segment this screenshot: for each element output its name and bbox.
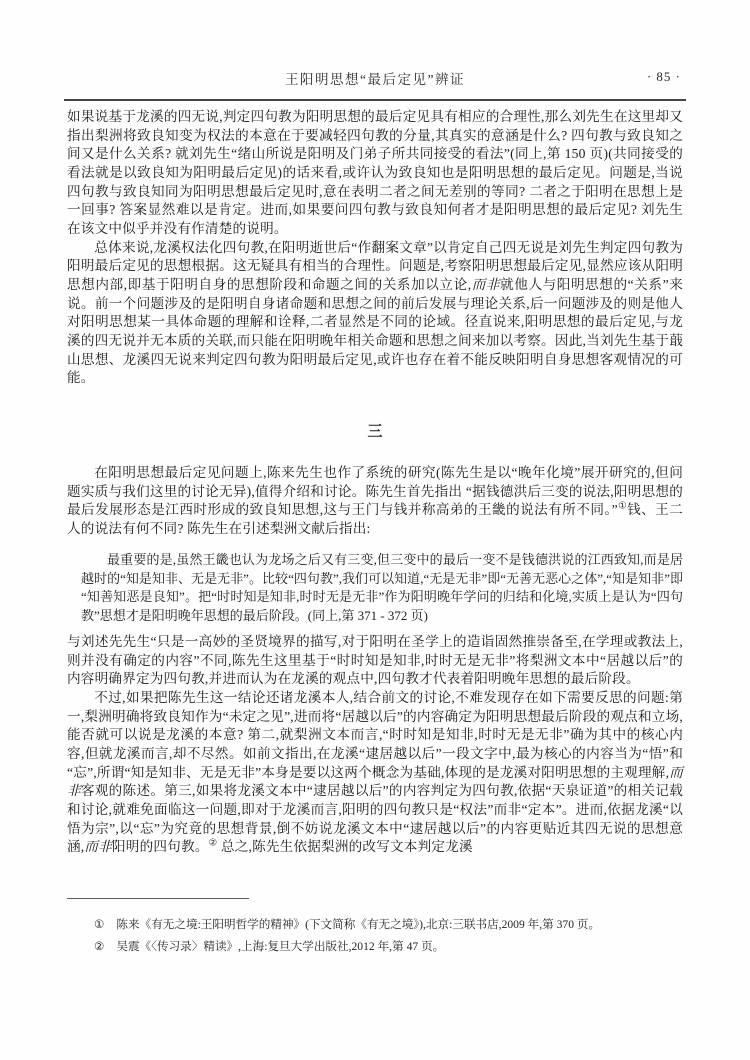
page-header: 王阳明思想“最后定见”辨证 · 85 · xyxy=(67,68,683,90)
paragraph-continuation: 如果说基于龙溪的四无说,判定四句教为阳明思想的最后定见具有相应的合理性,那么刘先… xyxy=(67,108,683,239)
footnote-text: 陈来《有无之境:王阳明哲学的精神》(下文简称《有无之境》),北京:三联书店,20… xyxy=(116,918,600,931)
paragraph-text: 与刘述先先生“只是一高妙的圣贤境界的描写,对于阳明在圣学上的造诣固然推崇备至,在… xyxy=(67,634,683,686)
paragraph-text: 在阳明思想最后定见问题上,陈来先生也作了系统的研究(陈先生是以“晚年化境”展开研… xyxy=(67,465,683,517)
footnote-item: ①陈来《有无之境:王阳明哲学的精神》(下文简称《有无之境》),北京:三联书店,2… xyxy=(67,914,683,936)
footnote-item: ②吴震《〈传习录〉精读》,上海:复旦大学出版社,2012 年,第 47 页。 xyxy=(67,936,683,958)
header-rule xyxy=(64,99,686,101)
emphasis-text: 而非 xyxy=(84,839,112,854)
emphasis-text: 而非 xyxy=(471,277,500,292)
footnotes-section: ①陈来《有无之境:王阳明哲学的精神》(下文简称《有无之境》),北京:三联书店,2… xyxy=(67,898,683,957)
section-heading: 三 xyxy=(67,422,683,442)
footnote-rule xyxy=(67,898,249,899)
page-number: · 85 · xyxy=(647,69,681,85)
footnote-ref-1: ① xyxy=(618,502,627,512)
paragraph: 与刘述先先生“只是一高妙的圣贤境界的描写,对于阳明在圣学上的造诣固然推崇备至,在… xyxy=(67,633,683,689)
article-body: 如果说基于龙溪的四无说,判定四句教为阳明思想的最后定见具有相应的合理性,那么刘先… xyxy=(67,108,683,857)
page: 王阳明思想“最后定见”辨证 · 85 · 如果说基于龙溪的四无说,判定四句教为阳… xyxy=(0,0,750,1060)
running-title: 王阳明思想“最后定见”辨证 xyxy=(67,68,683,88)
paragraph: 总体来说,龙溪权法化四句教,在阳明逝世后“作翻案文章”以肯定自己四无说是刘先生判… xyxy=(67,239,683,388)
paragraph-text: 总之,陈先生依据梨洲的改写文本判定龙溪 xyxy=(217,839,472,854)
paragraph-text: 不过,如果把陈先生这一结论还诸龙溪本人,结合前文的讨论,不难发现存在如下需要反思… xyxy=(67,690,683,780)
footnote-text: 吴震《〈传习录〉精读》,上海:复旦大学出版社,2012 年,第 47 页。 xyxy=(116,940,444,953)
paragraph: 在阳明思想最后定见问题上,陈来先生也作了系统的研究(陈先生是以“晚年化境”展开研… xyxy=(67,464,683,539)
paragraph-text: 阳明的四句教。 xyxy=(112,839,209,854)
paragraph: 不过,如果把陈先生这一结论还诸龙溪本人,结合前文的讨论,不难发现存在如下需要反思… xyxy=(67,689,683,857)
paragraph-text: 就他人与阳明思想的“关系”来说。前一个问题涉及的是阳明自身诸命题和思想之间的前后… xyxy=(67,277,683,385)
footnote-marker: ② xyxy=(94,936,104,958)
block-quote: 最重要的是,虽然王畿也认为龙场之后又有三变,但三变中的最后一变不是钱德洪说的江西… xyxy=(67,551,683,625)
footnote-marker: ① xyxy=(94,914,104,936)
footnote-ref-2: ② xyxy=(209,839,218,849)
paragraph-text: 如果说基于龙溪的四无说,判定四句教为阳明思想的最后定见具有相应的合理性,那么刘先… xyxy=(67,109,683,236)
